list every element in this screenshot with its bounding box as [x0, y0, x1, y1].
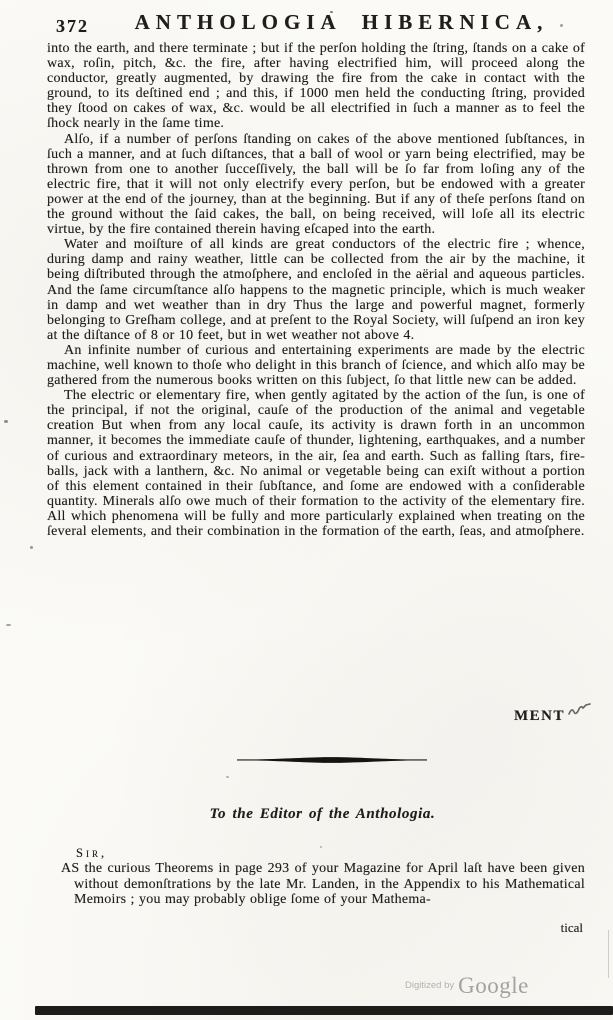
book-page-scan: 372 ANTHOLOGIA HIBERNICA, into the earth…	[0, 0, 613, 1020]
scan-speck	[4, 420, 8, 423]
paragraph: Alſo, if a number of perſons ſtanding on…	[47, 132, 585, 238]
letter-salutation: Sir,	[76, 846, 107, 861]
scan-speck	[330, 11, 333, 13]
letter-catchword: tical	[561, 920, 583, 936]
scan-speck	[320, 846, 322, 848]
scan-bottom-edge-bar	[35, 1006, 613, 1015]
scan-speck	[30, 546, 33, 549]
paragraph: An infinite number of curious and entert…	[47, 343, 585, 388]
scan-speck	[6, 624, 11, 626]
catchword-text: MENT	[514, 708, 565, 724]
scan-speck	[226, 776, 229, 778]
digitized-by-google-watermark: Digitized by Google	[405, 974, 529, 997]
handwritten-ink-mark	[568, 702, 592, 723]
digitized-by-label: Digitized by	[405, 980, 454, 991]
article-body: into the earth, and there terminate ; bu…	[47, 41, 585, 539]
scan-speck	[560, 24, 563, 27]
signature-catchword: MENT	[514, 708, 565, 725]
section-divider-rule	[237, 752, 427, 770]
paragraph-continuation: into the earth, and there terminate ; bu…	[47, 41, 585, 132]
letter-body: AS the curious Theorems in page 293 of y…	[74, 861, 585, 908]
page-number: 372	[56, 16, 89, 37]
letter-heading: To the Editor of the Anthologia.	[32, 806, 613, 823]
paragraph: The electric or elementary fire, when ge…	[47, 388, 585, 539]
page-title: ANTHOLOGIA HIBERNICA,	[90, 10, 593, 35]
page-edge-line	[608, 930, 609, 978]
google-logo: Google	[458, 974, 529, 997]
paragraph: Water and moiſture of all kinds are grea…	[47, 237, 585, 343]
